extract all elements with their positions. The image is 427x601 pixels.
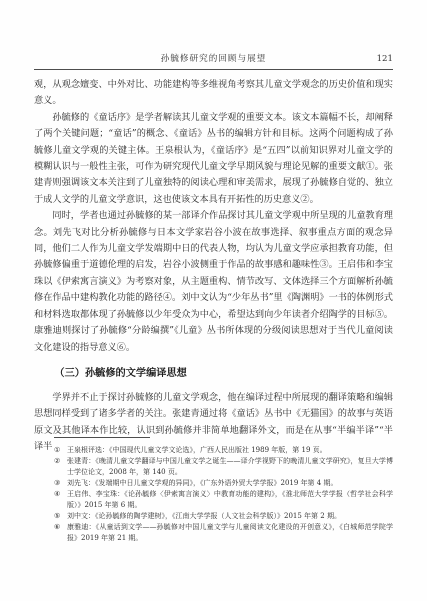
- footnote-marker: ⑥: [54, 522, 67, 544]
- footnote-text: 康雅迪：《从童话到文学——孙毓修对中国儿童文学与儿童阅读文化建设的开创意义》，《…: [67, 522, 393, 544]
- footnote-text: 刘中文：《论孙毓修的陶学建树》，《江南大学学报（人文社会科学版）》2015 年第…: [67, 511, 393, 522]
- footnote-text: 王启伟、李宝珠：《论孙毓修〈伊索寓言演义〉中教育功能的建构》，《淮北师范大学学报…: [67, 489, 393, 511]
- footnote-marker: ④: [54, 489, 67, 511]
- footnote-marker: ②: [54, 456, 67, 478]
- paragraph: 同时，学者也通过孙毓修的某一部译介作品探讨其儿童文学观中所呈现的儿童教育理念。刘…: [34, 208, 393, 356]
- footnote-text: 王泉根评选：《中国现代儿童文学文论选》，广西人民出版社 1989 年版，第 19…: [67, 445, 393, 456]
- document-page: 孙毓修研究的回顾与展望 121 观，从观念嬗变、中外对比、功能建构等多维视角考察…: [0, 0, 427, 601]
- footnote-item: ① 王泉根评选：《中国现代儿童文学文论选》，广西人民出版社 1989 年版，第 …: [54, 445, 393, 456]
- section-heading: （三）孙毓修的文学编译思想: [34, 367, 393, 381]
- footnote-block: ① 王泉根评选：《中国现代儿童文学文论选》，广西人民出版社 1989 年版，第 …: [34, 437, 393, 544]
- footnote-marker: ⑤: [54, 511, 67, 522]
- footnote-marker: ①: [54, 445, 67, 456]
- footnote-item: ⑤ 刘中文：《论孙毓修的陶学建树》，《江南大学学报（人文社会科学版）》2015 …: [54, 511, 393, 522]
- running-title: 孙毓修研究的回顾与展望: [161, 54, 267, 64]
- page-number: 121: [377, 54, 393, 64]
- footnote-text: 张建青：《晚清儿童文学翻译与中国儿童文学之诞生——译介学视野下的晚清儿童文学研究…: [67, 456, 393, 478]
- page-header: 孙毓修研究的回顾与展望 121: [34, 0, 393, 70]
- footnote-item: ② 张建青：《晚清儿童文学翻译与中国儿童文学之诞生——译介学视野下的晚清儿童文学…: [54, 456, 393, 478]
- footnote-marker: ③: [54, 478, 67, 489]
- footnote-item: ⑥ 康雅迪：《从童话到文学——孙毓修对中国儿童文学与儿童阅读文化建设的开创意义》…: [54, 522, 393, 544]
- footnote-item: ③ 刘先飞：《发端期中日儿童文学观的异同》，《广东外语外贸大学学报》2019 年…: [54, 478, 393, 489]
- footnote-separator: [54, 437, 150, 438]
- paragraph: 孙毓修的《童话序》是学者解读其儿童文学观的重要文本。该文本篇幅不长，却阐释了两个…: [34, 110, 393, 208]
- footnote-item: ④ 王启伟、李宝珠：《论孙毓修〈伊索寓言演义〉中教育功能的建构》，《淮北师范大学…: [54, 489, 393, 511]
- footnote-text: 刘先飞：《发端期中日儿童文学观的异同》，《广东外语外贸大学学报》2019 年第 …: [67, 478, 393, 489]
- body-text: 观，从观念嬗变、中外对比、功能建构等多维视角考察其儿童文学观念的历史价值和现实意…: [34, 77, 393, 456]
- paragraph: 观，从观念嬗变、中外对比、功能建构等多维视角考察其儿童文学观念的历史价值和现实意…: [34, 77, 393, 110]
